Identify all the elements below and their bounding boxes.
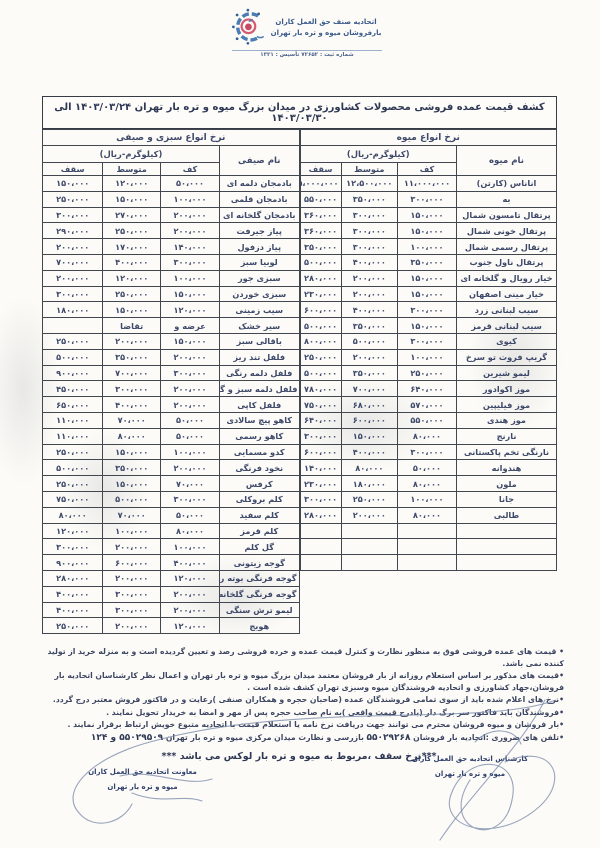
price-avg: ۵۰۰،۰۰۰	[341, 333, 397, 349]
table-row: خیار رویال و گلخانه ای۱۵۰،۰۰۰۲۰۰،۰۰۰۲۸۰،…	[300, 270, 557, 286]
price-floor: ۱۲۰،۰۰۰	[161, 618, 220, 634]
veg-col-cap: سقف	[43, 163, 103, 176]
price-avg: ۶۸۰،۰۰۰	[341, 397, 397, 413]
price-avg: ۱۲،۵۰۰،۰۰۰	[341, 176, 397, 192]
price-cap: ۱۲۰،۰۰۰	[43, 523, 103, 539]
price-avg: ۱۰۰،۰۰۰	[103, 523, 161, 539]
signature-title: معاونت اتحادیه حق العمل کاران	[55, 765, 230, 780]
price-floor: ۲۰۰،۰۰۰	[161, 586, 220, 602]
empty-row	[300, 523, 557, 539]
table-row: کاهو رسمی۵۰،۰۰۰۸۰،۰۰۰۱۱۰،۰۰۰	[43, 428, 300, 444]
item-name: سیب لبنانی قرمز	[456, 318, 556, 334]
item-name: خیار مینی اصفهان	[456, 286, 556, 302]
price-cap: ۱۱۰،۰۰۰	[43, 412, 103, 428]
price-avg	[341, 539, 397, 555]
price-cap: ۳۰۰،۰۰۰	[43, 286, 103, 302]
price-cap	[300, 539, 341, 555]
veg-section-title: نرخ انواع سبزی و صیفی	[43, 130, 300, 146]
price-avg: ۲۰۰،۰۰۰	[103, 333, 161, 349]
item-name: سبزی جور	[220, 270, 300, 286]
price-floor: ۵۰،۰۰۰	[161, 412, 220, 428]
price-cap: ۲۵۰،۰۰۰	[43, 191, 103, 207]
price-cap	[300, 555, 341, 571]
price-avg: ۲۵۰،۰۰۰	[103, 286, 161, 302]
price-floor: ۱۲۰،۰۰۰	[161, 570, 220, 586]
price-avg: ۳۵۰،۰۰۰	[103, 460, 161, 476]
price-avg: تقاضا	[103, 318, 161, 334]
price-cap: ۲۵۰،۰۰۰	[43, 444, 103, 460]
table-row: گریپ فروت تو سرخ۱۰۰،۰۰۰۲۰۰،۰۰۰۲۵۰،۰۰۰	[300, 349, 557, 365]
table-row: اناناس (کارتن)۱۱،۰۰۰،۰۰۰۱۲،۵۰۰،۰۰۰۱۵،۰۰۰…	[300, 176, 557, 192]
price-floor: ۱۵۰،۰۰۰	[397, 318, 456, 334]
price-avg: ۲۰۰،۰۰۰	[341, 507, 397, 523]
union-emblem-icon	[232, 8, 266, 48]
price-avg: ۱۵۰،۰۰۰	[103, 302, 161, 318]
signature-subtitle: میوه و تره بار تهران	[385, 767, 555, 782]
price-avg: ۴۰۰،۰۰۰	[341, 444, 397, 460]
item-name: سیب زمینی	[220, 302, 300, 318]
price-avg: ۳۵۰،۰۰۰	[103, 349, 161, 365]
price-cap: ۵۰۰،۰۰۰	[43, 349, 103, 365]
price-avg: ۲۰۰،۰۰۰	[341, 349, 397, 365]
table-row: به۳۰۰،۰۰۰۳۵۰،۰۰۰۵۵۰،۰۰۰	[300, 191, 557, 207]
item-name: پیاز دزفول	[220, 239, 300, 255]
price-avg: ۳۰۰،۰۰۰	[341, 223, 397, 239]
veg-name-header: نام صیفی	[220, 146, 300, 176]
veg-col-avg: متوسط	[103, 163, 161, 176]
price-avg: ۱۲۰،۰۰۰	[103, 270, 161, 286]
table-row: پرتقال خونی شمال۱۵۰،۰۰۰۳۰۰،۰۰۰۳۶۰،۰۰۰	[300, 223, 557, 239]
table-row: بادمجان قلمی۱۰۰،۰۰۰۱۵۰،۰۰۰۲۵۰،۰۰۰	[43, 191, 300, 207]
price-floor: ۲۵۰،۰۰۰	[397, 365, 456, 381]
price-floor: ۱۰۰،۰۰۰	[397, 239, 456, 255]
item-name: هندوانه	[456, 460, 556, 476]
table-row: موز هندی۵۵۰،۰۰۰۶۰۰،۰۰۰۶۴۰،۰۰۰	[300, 412, 557, 428]
price-floor: ۱۰۰،۰۰۰	[161, 444, 220, 460]
signature-block-expert: کارشناس اتحادیه حق العمل کاران میوه و تر…	[385, 752, 555, 781]
org-name-line1: اتحادیه صنف حق العمل کاران	[270, 17, 382, 28]
fruit-col-floor: کف	[397, 163, 456, 176]
item-name: خیار رویال و گلخانه ای	[456, 270, 556, 286]
price-floor: ۵۰،۰۰۰	[161, 428, 220, 444]
price-cap: ۷۰۰،۰۰۰	[43, 254, 103, 270]
item-name: پرتقال ناول جنوب	[456, 254, 556, 270]
price-floor: ۵۷۰،۰۰۰	[397, 397, 456, 413]
price-avg: ۳۰۰،۰۰۰	[103, 381, 161, 397]
item-name: به	[456, 191, 556, 207]
empty-row	[300, 539, 557, 555]
item-name: بادمجان دلمه ای	[220, 176, 300, 192]
price-floor: ۳۰۰،۰۰۰	[161, 365, 220, 381]
item-name: فلفل تند ریز	[220, 349, 300, 365]
item-name: گوجه زیتونی	[220, 555, 300, 571]
table-row: نارنج۸۰،۰۰۰۱۵۰،۰۰۰۳۰۰،۰۰۰	[300, 428, 557, 444]
price-cap: ۶۰۰،۰۰۰	[300, 302, 341, 318]
price-floor: ۱۰۰،۰۰۰	[161, 539, 220, 555]
price-floor: ۲۰۰،۰۰۰	[161, 397, 220, 413]
table-row: سیر خشکعرضه وتقاضا	[43, 318, 300, 334]
item-name: گریپ فروت تو سرخ	[456, 349, 556, 365]
price-avg: ۳۵۰،۰۰۰	[341, 191, 397, 207]
price-cap: ۳۰۰،۰۰۰	[43, 207, 103, 223]
signature-block-deputy: معاونت اتحادیه حق العمل کاران میوه و تره…	[55, 765, 230, 794]
item-name: سبزی خوردن	[220, 286, 300, 302]
table-row: سبزی جور۱۰۰،۰۰۰۱۲۰،۰۰۰۲۰۰،۰۰۰	[43, 270, 300, 286]
table-row: گوجه زیتونی۴۰۰،۰۰۰۶۰۰،۰۰۰۹۰۰،۰۰۰	[43, 555, 300, 571]
price-floor: ۸۰،۰۰۰	[397, 507, 456, 523]
item-name: پرتقال رسمی شمال	[456, 239, 556, 255]
veg-unit-header: (کیلوگرم-ریال)	[43, 146, 220, 163]
item-name: سیر خشک	[220, 318, 300, 334]
price-floor: ۵۵۰،۰۰۰	[397, 412, 456, 428]
price-avg: ۴۰۰،۰۰۰	[103, 254, 161, 270]
item-name: ملون	[456, 476, 556, 492]
item-name: سیب لبنانی زرد	[456, 302, 556, 318]
price-avg: ۸۰،۰۰۰	[341, 460, 397, 476]
price-avg	[341, 555, 397, 571]
document-title: کشف قیمت عمده فروشی محصولات کشاورزی در م…	[42, 96, 557, 129]
price-cap: ۳۶۰،۰۰۰	[300, 223, 341, 239]
price-cap: ۲۸۰،۰۰۰	[300, 507, 341, 523]
note-item: •نرخ های اعلام شده باید از سوی تمامی فرو…	[34, 694, 564, 706]
price-cap: ۴۰۰،۰۰۰	[43, 586, 103, 602]
table-row: نخود فرنگی۲۰۰،۰۰۰۳۵۰،۰۰۰۵۰۰،۰۰۰	[43, 460, 300, 476]
price-avg: ۳۰۰،۰۰۰	[341, 239, 397, 255]
price-cap: ۲۵۰،۰۰۰	[43, 333, 103, 349]
price-floor: ۸۰،۰۰۰	[397, 428, 456, 444]
table-row: سیب زمینی۱۲۰،۰۰۰۱۵۰،۰۰۰۱۸۰،۰۰۰	[43, 302, 300, 318]
item-name	[456, 555, 556, 571]
price-floor: ۳۰۰،۰۰۰	[397, 333, 456, 349]
fruit-col-cap: سقف	[300, 163, 341, 176]
item-name: کدو مسمایی	[220, 444, 300, 460]
table-row: کلم قرمز۸۰،۰۰۰۱۰۰،۰۰۰۱۲۰،۰۰۰	[43, 523, 300, 539]
item-name: فلفل دلمه رنگی	[220, 365, 300, 381]
price-floor: ۳۵۰،۰۰۰	[397, 254, 456, 270]
price-floor: ۱۲۰،۰۰۰	[161, 302, 220, 318]
item-name: باقالی سبز	[220, 333, 300, 349]
table-row: فلفل دلمه سبز و گلخانه۲۰۰،۰۰۰۳۰۰،۰۰۰۴۵۰،…	[43, 381, 300, 397]
price-floor: ۱۵۰،۰۰۰	[161, 333, 220, 349]
table-row: کیوی۳۰۰،۰۰۰۵۰۰،۰۰۰۸۰۰،۰۰۰	[300, 333, 557, 349]
price-cap: ۶۵۰،۰۰۰	[43, 397, 103, 413]
price-floor: ۱۰۰،۰۰۰	[397, 349, 456, 365]
item-name: کلم سفید	[220, 507, 300, 523]
phone-note: •تلفن های ضروری :اتحادیه بار فروشان ۵۵۰۲…	[34, 732, 564, 746]
item-name: پیاز جیرفت	[220, 223, 300, 239]
price-avg	[341, 523, 397, 539]
table-row: طالبی۸۰،۰۰۰۲۰۰،۰۰۰۲۸۰،۰۰۰	[300, 507, 557, 523]
price-avg: ۲۰۰،۰۰۰	[341, 270, 397, 286]
price-avg: ۳۵۰،۰۰۰	[341, 318, 397, 334]
price-cap: ۹۰۰،۰۰۰	[43, 555, 103, 571]
item-name: نارنگی تخم پاکستانی	[456, 444, 556, 460]
table-row: سبزی خوردن۱۵۰،۰۰۰۲۵۰،۰۰۰۳۰۰،۰۰۰	[43, 286, 300, 302]
price-avg: ۳۰۰،۰۰۰	[341, 207, 397, 223]
table-row: بادمجان دلمه ای۵۰،۰۰۰۱۲۰،۰۰۰۱۵۰،۰۰۰	[43, 176, 300, 192]
price-floor: ۵۰،۰۰۰	[397, 460, 456, 476]
price-avg: ۷۰،۰۰۰	[103, 412, 161, 428]
price-cap: ۵۰۰،۰۰۰	[300, 318, 341, 334]
footer-notes: • قیمت های عمده فروشی فوق به منظور نظارت…	[34, 646, 564, 766]
price-avg: ۲۵۰،۰۰۰	[341, 491, 397, 507]
price-floor: ۷۰،۰۰۰	[161, 476, 220, 492]
item-name: فلفل کاپی	[220, 397, 300, 413]
price-floor: ۱۵۰،۰۰۰	[397, 223, 456, 239]
table-row: سیب لبنانی زرد۳۰۰،۰۰۰۴۰۰،۰۰۰۶۰۰،۰۰۰	[300, 302, 557, 318]
note-item: • قیمت های عمده فروشی فوق به منظور نظارت…	[34, 646, 564, 669]
price-floor: ۲۰۰،۰۰۰	[161, 207, 220, 223]
price-floor: ۴۰۰،۰۰۰	[161, 555, 220, 571]
table-row: جانا۱۰۰،۰۰۰۲۵۰،۰۰۰۳۰۰،۰۰۰	[300, 491, 557, 507]
price-cap: ۴۰۰،۰۰۰	[43, 602, 103, 618]
table-row: لیمو شیرین۲۵۰،۰۰۰۳۵۰،۰۰۰۵۰۰،۰۰۰	[300, 365, 557, 381]
table-row: پیاز جیرفت۲۰۰،۰۰۰۲۵۰،۰۰۰۲۹۰،۰۰۰	[43, 223, 300, 239]
item-name: پرتقال خونی شمال	[456, 223, 556, 239]
price-avg: ۴۰۰،۰۰۰	[341, 302, 397, 318]
price-cap: ۱۱۰،۰۰۰	[43, 428, 103, 444]
price-cap: ۲۵۰،۰۰۰	[43, 476, 103, 492]
price-avg: ۲۰۰،۰۰۰	[103, 570, 161, 586]
price-cap: ۴۵۰،۰۰۰	[43, 381, 103, 397]
table-row: بادمجان گلخانه ای۲۰۰،۰۰۰۲۷۰،۰۰۰۳۰۰،۰۰۰	[43, 207, 300, 223]
item-name: کاهو رسمی	[220, 428, 300, 444]
org-registration-line: شماره ثبت : ۷۲۶۵۲ تأسیس : ۱۳۲۱	[232, 50, 382, 58]
item-name: طالبی	[456, 507, 556, 523]
item-name: کیوی	[456, 333, 556, 349]
table-row: هندوانه۵۰،۰۰۰۸۰،۰۰۰۱۴۰،۰۰۰	[300, 460, 557, 476]
table-row: پرتقال رسمی شمال۱۰۰،۰۰۰۳۰۰،۰۰۰۳۵۰،۰۰۰	[300, 239, 557, 255]
price-floor: ۳۰۰،۰۰۰	[161, 254, 220, 270]
org-name: اتحادیه صنف حق العمل کاران بارفروشان میو…	[270, 17, 382, 39]
price-floor: ۲۰۰،۰۰۰	[161, 381, 220, 397]
price-avg: ۷۰۰،۰۰۰	[103, 365, 161, 381]
item-name: فلفل دلمه سبز و گلخانه	[220, 381, 300, 397]
note-item: •بار فروشان و میوه فروشان محترم می توانن…	[34, 719, 564, 731]
price-avg: ۱۲۰،۰۰۰	[103, 176, 161, 192]
price-avg: ۳۰۰،۰۰۰	[103, 586, 161, 602]
price-cap: ۳۰۰،۰۰۰	[300, 428, 341, 444]
table-row: خیار مینی اصفهان۱۵۰،۰۰۰۲۰۰،۰۰۰۲۳۰،۰۰۰	[300, 286, 557, 302]
price-avg: ۸۰،۰۰۰	[103, 428, 161, 444]
table-row: پرتقال تامسون شمال۱۵۰،۰۰۰۳۰۰،۰۰۰۳۶۰،۰۰۰	[300, 207, 557, 223]
price-cap: ۲۵۰،۰۰۰	[43, 618, 103, 634]
price-cap: ۶۰۰،۰۰۰	[300, 444, 341, 460]
table-row: کلم سفید۵۰،۰۰۰۷۰،۰۰۰۸۰،۰۰۰	[43, 507, 300, 523]
price-cap: ۳۶۰،۰۰۰	[300, 207, 341, 223]
price-avg: ۶۰۰،۰۰۰	[341, 412, 397, 428]
price-cap: ۲۵۰،۰۰۰	[300, 349, 341, 365]
price-cap: ۷۵۰،۰۰۰	[300, 397, 341, 413]
table-row: نارنگی تخم پاکستانی۳۰۰،۰۰۰۴۰۰،۰۰۰۶۰۰،۰۰۰	[300, 444, 557, 460]
price-cap: ۵۰۰،۰۰۰	[300, 254, 341, 270]
signature-subtitle: میوه و تره بار تهران	[55, 780, 230, 795]
price-tables: نرخ انواع میوه نام میوه (کیلوگرم-ریال) ک…	[42, 129, 557, 634]
table-row: کلم بروکلی۳۰۰،۰۰۰۵۰۰،۰۰۰۷۵۰،۰۰۰	[43, 491, 300, 507]
price-avg: ۲۵۰،۰۰۰	[103, 223, 161, 239]
item-name	[456, 523, 556, 539]
item-name: کلم بروکلی	[220, 491, 300, 507]
price-floor: ۱۵۰،۰۰۰	[397, 270, 456, 286]
table-row: گل کلم۱۰۰،۰۰۰۲۰۰،۰۰۰۳۰۰،۰۰۰	[43, 539, 300, 555]
item-name: گوجه فرنگی گلخانه	[220, 586, 300, 602]
price-avg: ۱۸۰،۰۰۰	[341, 476, 397, 492]
price-avg: ۳۰۰،۰۰۰	[103, 602, 161, 618]
price-floor: ۳۰۰،۰۰۰	[397, 444, 456, 460]
item-name: اناناس (کارتن)	[456, 176, 556, 192]
item-name: جانا	[456, 491, 556, 507]
table-row: پیاز دزفول۱۴۰،۰۰۰۱۷۰،۰۰۰۲۰۰،۰۰۰	[43, 239, 300, 255]
signature-title: کارشناس اتحادیه حق العمل کاران	[385, 752, 555, 767]
table-row: کدو مسمایی۱۰۰،۰۰۰۱۵۰،۰۰۰۲۵۰،۰۰۰	[43, 444, 300, 460]
fruit-col-avg: متوسط	[341, 163, 397, 176]
item-name: نارنج	[456, 428, 556, 444]
union-letterhead: اتحادیه صنف حق العمل کاران بارفروشان میو…	[232, 8, 382, 58]
table-row: سیب لبنانی قرمز۱۵۰،۰۰۰۳۵۰،۰۰۰۵۰۰،۰۰۰	[300, 318, 557, 334]
price-cap: ۲۳۰،۰۰۰	[300, 286, 341, 302]
price-cap	[300, 523, 341, 539]
item-name: بادمجان گلخانه ای	[220, 207, 300, 223]
table-row: موز فیلیپین۵۷۰،۰۰۰۶۸۰،۰۰۰۷۵۰،۰۰۰	[300, 397, 557, 413]
price-floor: ۲۰۰،۰۰۰	[161, 460, 220, 476]
item-name	[456, 539, 556, 555]
price-cap: ۲۸۰،۰۰۰	[300, 270, 341, 286]
item-name: گوجه فرنگی بوته رس	[220, 570, 300, 586]
item-name: کلم قرمز	[220, 523, 300, 539]
price-floor: ۱۰۰،۰۰۰	[161, 270, 220, 286]
table-row: کاهو پیچ سالادی۵۰،۰۰۰۷۰،۰۰۰۱۱۰،۰۰۰	[43, 412, 300, 428]
price-floor	[397, 555, 456, 571]
org-name-line2: بارفروشان میوه و تره بار تهران	[270, 28, 382, 39]
price-avg: ۶۰۰،۰۰۰	[103, 555, 161, 571]
item-name: نخود فرنگی	[220, 460, 300, 476]
price-cap: ۳۰۰،۰۰۰	[300, 491, 341, 507]
table-row: کرفس۷۰،۰۰۰۱۵۰،۰۰۰۲۵۰،۰۰۰	[43, 476, 300, 492]
fruit-price-table: نرخ انواع میوه نام میوه (کیلوگرم-ریال) ک…	[300, 129, 558, 571]
price-floor: ۲۰۰،۰۰۰	[161, 349, 220, 365]
item-name: هویج	[220, 618, 300, 634]
item-name: لیمو ترش سنگی	[220, 602, 300, 618]
price-floor: عرضه و	[161, 318, 220, 334]
price-avg: ۱۷۰،۰۰۰	[103, 239, 161, 255]
table-row: گوجه فرنگی گلخانه۲۰۰،۰۰۰۳۰۰،۰۰۰۴۰۰،۰۰۰	[43, 586, 300, 602]
price-floor: ۱۵۰،۰۰۰	[397, 207, 456, 223]
price-avg: ۲۰۰،۰۰۰	[103, 618, 161, 634]
table-row: موز اکوادور۶۴۰،۰۰۰۷۰۰،۰۰۰۷۸۰،۰۰۰	[300, 381, 557, 397]
price-floor: ۱۴۰،۰۰۰	[161, 239, 220, 255]
price-floor: ۵۰،۰۰۰	[161, 176, 220, 192]
note-item: •قیمت های مذکور بر اساس استعلام روزانه ا…	[34, 670, 564, 693]
price-cap: ۸۰،۰۰۰	[43, 507, 103, 523]
table-row: هویج۱۲۰،۰۰۰۲۰۰،۰۰۰۲۵۰،۰۰۰	[43, 618, 300, 634]
price-cap: ۵۵۰،۰۰۰	[300, 191, 341, 207]
fruit-name-header: نام میوه	[456, 146, 556, 176]
table-row: فلفل تند ریز۲۰۰،۰۰۰۳۵۰،۰۰۰۵۰۰،۰۰۰	[43, 349, 300, 365]
item-name: کرفس	[220, 476, 300, 492]
scanned-price-document: اتحادیه صنف حق العمل کاران بارفروشان میو…	[0, 0, 600, 848]
price-floor: ۵۰،۰۰۰	[161, 507, 220, 523]
price-floor: ۳۰۰،۰۰۰	[161, 491, 220, 507]
price-cap: ۱۵۰،۰۰۰	[43, 176, 103, 192]
empty-row	[300, 555, 557, 571]
price-cap: ۱۴۰،۰۰۰	[300, 460, 341, 476]
price-avg: ۴۰۰،۰۰۰	[341, 254, 397, 270]
table-row: ملون۸۰،۰۰۰۱۸۰،۰۰۰۲۳۰،۰۰۰	[300, 476, 557, 492]
price-floor: ۸۰،۰۰۰	[161, 523, 220, 539]
price-floor: ۲۰۰،۰۰۰	[161, 223, 220, 239]
price-avg: ۲۰۰،۰۰۰	[103, 539, 161, 555]
fruit-section-title: نرخ انواع میوه	[300, 130, 557, 146]
price-floor	[397, 539, 456, 555]
item-name: پرتقال تامسون شمال	[456, 207, 556, 223]
price-floor: ۸۰،۰۰۰	[397, 476, 456, 492]
table-row: باقالی سبز۱۵۰،۰۰۰۲۰۰،۰۰۰۲۵۰،۰۰۰	[43, 333, 300, 349]
table-row: لوبیا سبز۳۰۰،۰۰۰۴۰۰،۰۰۰۷۰۰،۰۰۰	[43, 254, 300, 270]
price-cap: ۲۸۰،۰۰۰	[43, 570, 103, 586]
price-floor: ۱۰۰،۰۰۰	[397, 491, 456, 507]
price-floor: ۱۵۰،۰۰۰	[397, 286, 456, 302]
table-row: گوجه فرنگی بوته رس۱۲۰،۰۰۰۲۰۰،۰۰۰۲۸۰،۰۰۰	[43, 570, 300, 586]
phone-note-prefix: •تلفن های ضروری :اتحادیه بار فروشان	[411, 733, 565, 742]
phone-note-middle: بازرسی و نظارت میدان مرکزی میوه و تره با…	[163, 733, 364, 742]
price-cap: ۲۰۰،۰۰۰	[43, 239, 103, 255]
price-avg: ۵۰۰،۰۰۰	[103, 491, 161, 507]
item-name: لوبیا سبز	[220, 254, 300, 270]
price-avg: ۱۵۰،۰۰۰	[103, 476, 161, 492]
price-avg: ۴۰۰،۰۰۰	[103, 397, 161, 413]
price-cap: ۵۰۰،۰۰۰	[300, 365, 341, 381]
price-cap: ۲۳۰،۰۰۰	[300, 476, 341, 492]
table-row: لیمو ترش سنگی۲۰۰،۰۰۰۳۰۰،۰۰۰۴۰۰،۰۰۰	[43, 602, 300, 618]
price-cap: ۲۰۰،۰۰۰	[43, 270, 103, 286]
price-cap: ۸۰۰،۰۰۰	[300, 333, 341, 349]
price-floor: ۳۰۰،۰۰۰	[397, 302, 456, 318]
price-floor: ۶۴۰،۰۰۰	[397, 381, 456, 397]
price-cap: ۳۵۰،۰۰۰	[300, 239, 341, 255]
table-row: فلفل دلمه رنگی۳۰۰،۰۰۰۷۰۰،۰۰۰۹۰۰،۰۰۰	[43, 365, 300, 381]
price-avg: ۱۵۰،۰۰۰	[103, 444, 161, 460]
price-avg: ۲۰۰،۰۰۰	[341, 286, 397, 302]
price-cap: ۲۹۰،۰۰۰	[43, 223, 103, 239]
price-floor: ۲۰۰،۰۰۰	[161, 602, 220, 618]
item-name: لیمو شیرین	[456, 365, 556, 381]
price-cap: ۱۸۰،۰۰۰	[43, 302, 103, 318]
item-name: موز اکوادور	[456, 381, 556, 397]
price-cap: ۷۸۰،۰۰۰	[300, 381, 341, 397]
price-cap: ۹۰۰،۰۰۰	[43, 365, 103, 381]
price-floor	[397, 523, 456, 539]
price-floor: ۱۵۰،۰۰۰	[161, 286, 220, 302]
price-avg: ۷۰،۰۰۰	[103, 507, 161, 523]
price-cap: ۵۰۰،۰۰۰	[43, 460, 103, 476]
price-floor: ۱۰۰،۰۰۰	[161, 191, 220, 207]
table-row: پرتقال ناول جنوب۳۵۰،۰۰۰۴۰۰،۰۰۰۵۰۰،۰۰۰	[300, 254, 557, 270]
note-item: •فروشندگان باید فاکتور سر برگ دار (بادرج…	[34, 707, 564, 719]
price-floor: ۱۱،۰۰۰،۰۰۰	[397, 176, 456, 192]
price-avg: ۱۵۰،۰۰۰	[103, 191, 161, 207]
veg-col-floor: کف	[161, 163, 220, 176]
price-floor: ۳۰۰،۰۰۰	[397, 191, 456, 207]
item-name: کاهو پیچ سالادی	[220, 412, 300, 428]
union-phone-number: ۵۵۰۲۹۲۶۸	[367, 733, 411, 743]
price-avg: ۲۷۰،۰۰۰	[103, 207, 161, 223]
item-name: گل کلم	[220, 539, 300, 555]
item-name: موز هندی	[456, 412, 556, 428]
vegetable-price-table: نرخ انواع سبزی و صیفی نام صیفی (کیلوگرم-…	[42, 129, 300, 634]
price-avg: ۱۵۰،۰۰۰	[341, 428, 397, 444]
table-row: فلفل کاپی۲۰۰،۰۰۰۴۰۰،۰۰۰۶۵۰،۰۰۰	[43, 397, 300, 413]
price-avg: ۷۰۰،۰۰۰	[341, 381, 397, 397]
